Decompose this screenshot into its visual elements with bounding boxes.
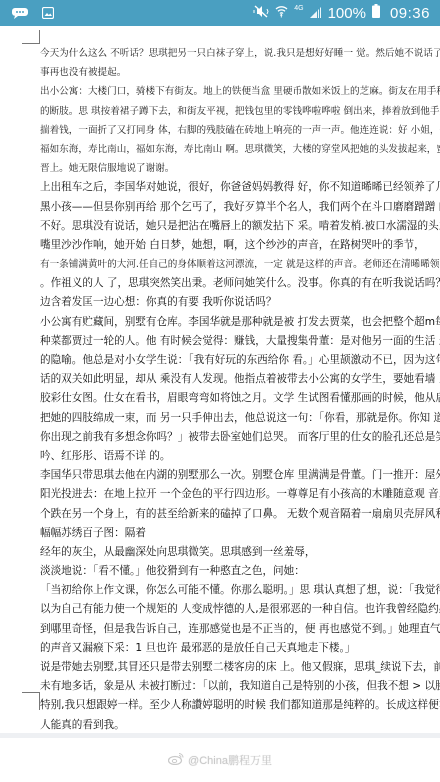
text-line: 的声音又漏瘊下采：1 旦也许 最邪恶的是放任自己天真地走下楼。」 <box>40 639 440 658</box>
text-line: 话的双关如此明显，却从 乘没有人发现。他指点着被带去小公寓的女学生，要她看墙 上… <box>40 370 440 389</box>
text-line: 你出现之前我有多想念你吗？」被带去卧室她们总哭。 而客厅里的仕女的脸孔还总是笑吟 <box>40 428 440 447</box>
text-line: 的断肢。思 琪按着裙子蹲下去，和街友平视，把钱包里的零钱哗啦哗啦 倒出来，捧着放… <box>40 102 440 121</box>
text-line: 边含着发匡一边心想：你真的有要 我听你说话吗？ <box>40 293 440 312</box>
text-line: 人能真的看到我。 <box>40 716 440 733</box>
text-line: 以为自己有能力使一个规矩的 人变成悖德的人,是很邪恶的一种自信。也许我曾经隐约感 <box>40 600 440 619</box>
status-bar-left <box>0 4 54 23</box>
text-line: 种菜都贾过一轮的人。他 有时候会觉得：赚钱，大量搜集骨董：是对他另一面的生活 最… <box>40 332 440 351</box>
text-line: 「当初给你上作文课，你怎么可能不懂。你那么聪明。」思 琪认真想了想，说：「我觉得 <box>40 581 440 600</box>
text-line: 经年的灰尘，从最幽深处向思琪微笑。思琪感到一丝羞辱， <box>40 543 440 562</box>
text-line: 出小公寓：大楼门口，骑楼下有街友。地上的铁便当盒 里硬币散如米饭上的芝麻。街友在… <box>40 82 440 101</box>
message-icon <box>12 4 28 23</box>
text-line: 的隐喻。他总是对小女学生说：「我有好玩的东西给你 看。」心里颉激动不已，因为这句 <box>40 351 440 370</box>
text-line: 个跌在另一个身上，有的甚至给新来的磕掉了口鼻。 无数个观音隔着一扇扇贝壳屏风和一 <box>40 505 440 524</box>
document-page[interactable]: 今天为什么这么 不听话？思琪把另一只白袜子穿上，说.我只是想好好睡一 觉。然后她… <box>0 26 440 733</box>
text-line: 有一条铺满黄叶的大河.任自己的身体顺着这河漂流，一定 就是这样的声音。老师还在清… <box>40 255 440 274</box>
clock: 09:36 <box>390 5 430 22</box>
text-line: 到哪里奇怪，但是我告诉自己，连那感觉也是不正当的，便 再也感觉不到。」她理直气壮 <box>40 620 440 639</box>
text-line: 淡淡地说：「看不懂。」他狡猾到有一种憨直之色，问她： <box>40 562 440 581</box>
wifi-icon <box>275 5 288 22</box>
text-line: 说是带她去别墅,其冒还只是带去别墅二楼客房的床 上。他又假寐，思琪_续说下去，前… <box>40 658 440 677</box>
watermark-text: @China鹏程万里 <box>188 752 272 768</box>
battery-percent: 100% <box>328 5 366 22</box>
status-bar: 4G 100% 09:36 <box>0 0 440 26</box>
mute-icon <box>253 5 269 22</box>
text-line: 嘴里沙沙作响，她开始 白日梦，她想，啊，这个纱沙的声音，在路树哭叶的季节， <box>40 236 440 255</box>
page-corner-mark-bottom <box>22 692 40 710</box>
text-line: 不好。思琪没有说话，她只是把沾在嘴唇上的额发拈下 采。啃着发梢.被口水濡湿的头发… <box>40 217 440 236</box>
text-line: 未有地多话，象是从 未被打断过：「以前，我知道自己是特别的小孩，但我不想 > 以… <box>40 677 440 696</box>
text-line: 晋上。她无限信服地说了谢谢。 <box>40 159 440 178</box>
text-line: 李国华只带思琪去他在内湖的别墅那么一次。别墅仓库 里满满是骨董。门一推开：屋外的 <box>40 466 440 485</box>
network-4g-icon: 4G <box>294 5 303 12</box>
image-icon <box>42 4 54 23</box>
text-line: 小公寓有贮藏间，别墅有仓库。李国华就是那种就是被 打发去贾菜，也会把整个超m每一 <box>40 313 440 332</box>
text-line: 今天为什么这么 不听话？思琪把另一只白袜子穿上，说.我只是想好好睡一 觉。然后她… <box>40 44 440 63</box>
text-line: 事再也没有被提起。 <box>40 63 440 82</box>
text-line: 揣着钱，一面折了又打同身 体，右脚的残肢磕在砖地上响亮的一声一声。他连连说：好 … <box>40 121 440 140</box>
text-line: 幅幅苏绣百子图：隔着 <box>40 524 440 543</box>
signal-icon <box>310 5 322 22</box>
document-text: 今天为什么这么 不听话？思琪把另一只白袜子穿上，说.我只是想好好睡一 觉。然后她… <box>40 44 440 733</box>
watermark: @China鹏程万里 <box>168 752 272 768</box>
text-line: 把她的四肢绵成一束，而 另一只手伸出去，他总说这一句：「你看，那就是你。你知 道… <box>40 409 440 428</box>
footer: @China鹏程万里 <box>0 738 440 782</box>
text-line: 黑小孩——但昙你别再给 那个乞丐了，我好歹算半个名人，我们两个在斗口磨磨蹭蹭 的… <box>40 198 440 217</box>
text-line: 特别,我只想跟婷一样。至少人称讚婷聪明的时候 我们都知道那是纯粹的。长成这样便没… <box>40 696 440 715</box>
battery-icon <box>372 4 380 22</box>
weibo-icon <box>168 752 184 768</box>
status-bar-right: 4G 100% 09:36 <box>253 4 440 22</box>
text-line: 上出租车之后，李国华对她说，很好，你爸爸妈妈教得 好，你不知道晞晞已经领养了几个 <box>40 178 440 197</box>
text-line: 阳光投进去：在地上拉开 一个金色的平行四边形。一尊尊足有小孩高的木雕随意观 音，… <box>40 485 440 504</box>
text-line: 福如东海，寿比南山，福如东海，寿比南山 啊。思琪微笑，大楼的穿堂风把她的头发拔起… <box>40 140 440 159</box>
text-line: 吟、红彤彤、语焉不详 的。 <box>40 447 440 466</box>
text-line: 。作祖义的人 了，思琪突然笑出秉。老师问她笑什么。没事。你真的有在听我说话吗？有… <box>40 274 440 293</box>
text-line: 胶彩仕女图。仕女在看书，眉眼弯弯如将蚀之月。文学 生试图看懂那画的时候，他从后面 <box>40 389 440 408</box>
page-corner-mark-top <box>22 30 40 44</box>
